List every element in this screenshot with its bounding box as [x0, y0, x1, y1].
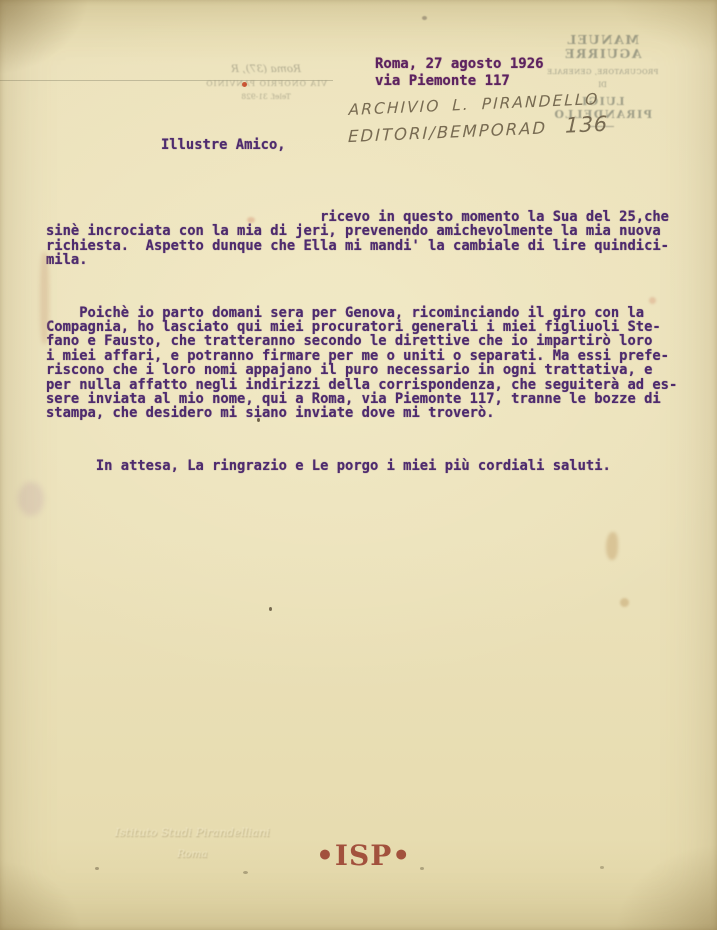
- dust-speck: [243, 871, 248, 874]
- dust-speck: [600, 866, 604, 869]
- closing-line: In attesa, La ringrazio e Le porgo i mie…: [46, 459, 677, 473]
- isp-stamp: •ISP•: [316, 839, 411, 872]
- bleedthrough-phone-line: Telef. 31-928: [192, 91, 340, 103]
- stain-spot: [620, 598, 629, 607]
- letter-body: ricevo in questo momento la Sua del 25,c…: [46, 181, 677, 502]
- embossed-archive-seal: Istituto Studi Pirandelliani Roma: [100, 826, 285, 860]
- bleedthrough-street-line: VIA ONOFRIO PANVINIO: [192, 76, 340, 91]
- dust-speck: [269, 607, 272, 611]
- bleedthrough-city-line: Roma (37), R: [192, 62, 340, 76]
- embossed-seal-line1: Istituto Studi Pirandelliani: [100, 826, 285, 839]
- dust-speck: [95, 867, 99, 870]
- scanned-letter-page: MANUEL AGUIRRE PROCURATORE, GENERALE DI …: [0, 0, 717, 930]
- paragraph-1: ricevo in questo momento la Sua del 25,c…: [46, 210, 677, 268]
- embossed-seal-line2: Roma: [100, 848, 285, 860]
- bleedthrough-letterhead-left: Roma (37), R VIA ONOFRIO PANVINIO Telef.…: [192, 62, 340, 103]
- paragraph-2: Poichè io parto domani sera per Genova, …: [46, 306, 677, 421]
- archive-annotation-number: 136: [565, 112, 609, 138]
- archive-annotation: ARCHIVIO L. PIRANDELLO EDITORI/BEMPORAD1…: [348, 87, 610, 149]
- archive-annotation-fond: EDITORI/BEMPORAD: [348, 118, 548, 146]
- dateline: Roma, 27 agosto 1926 via Piemonte 117: [375, 56, 544, 90]
- salutation: Illustre Amico,: [161, 138, 286, 153]
- stain-spot: [606, 532, 618, 560]
- stain-smudge: [18, 482, 44, 516]
- bleedthrough-name: MANUEL AGUIRRE: [540, 33, 665, 61]
- bleedthrough-title: PROCURATORE, GENERALE: [540, 66, 665, 79]
- dust-speck: [420, 867, 424, 870]
- dust-speck: [422, 16, 427, 20]
